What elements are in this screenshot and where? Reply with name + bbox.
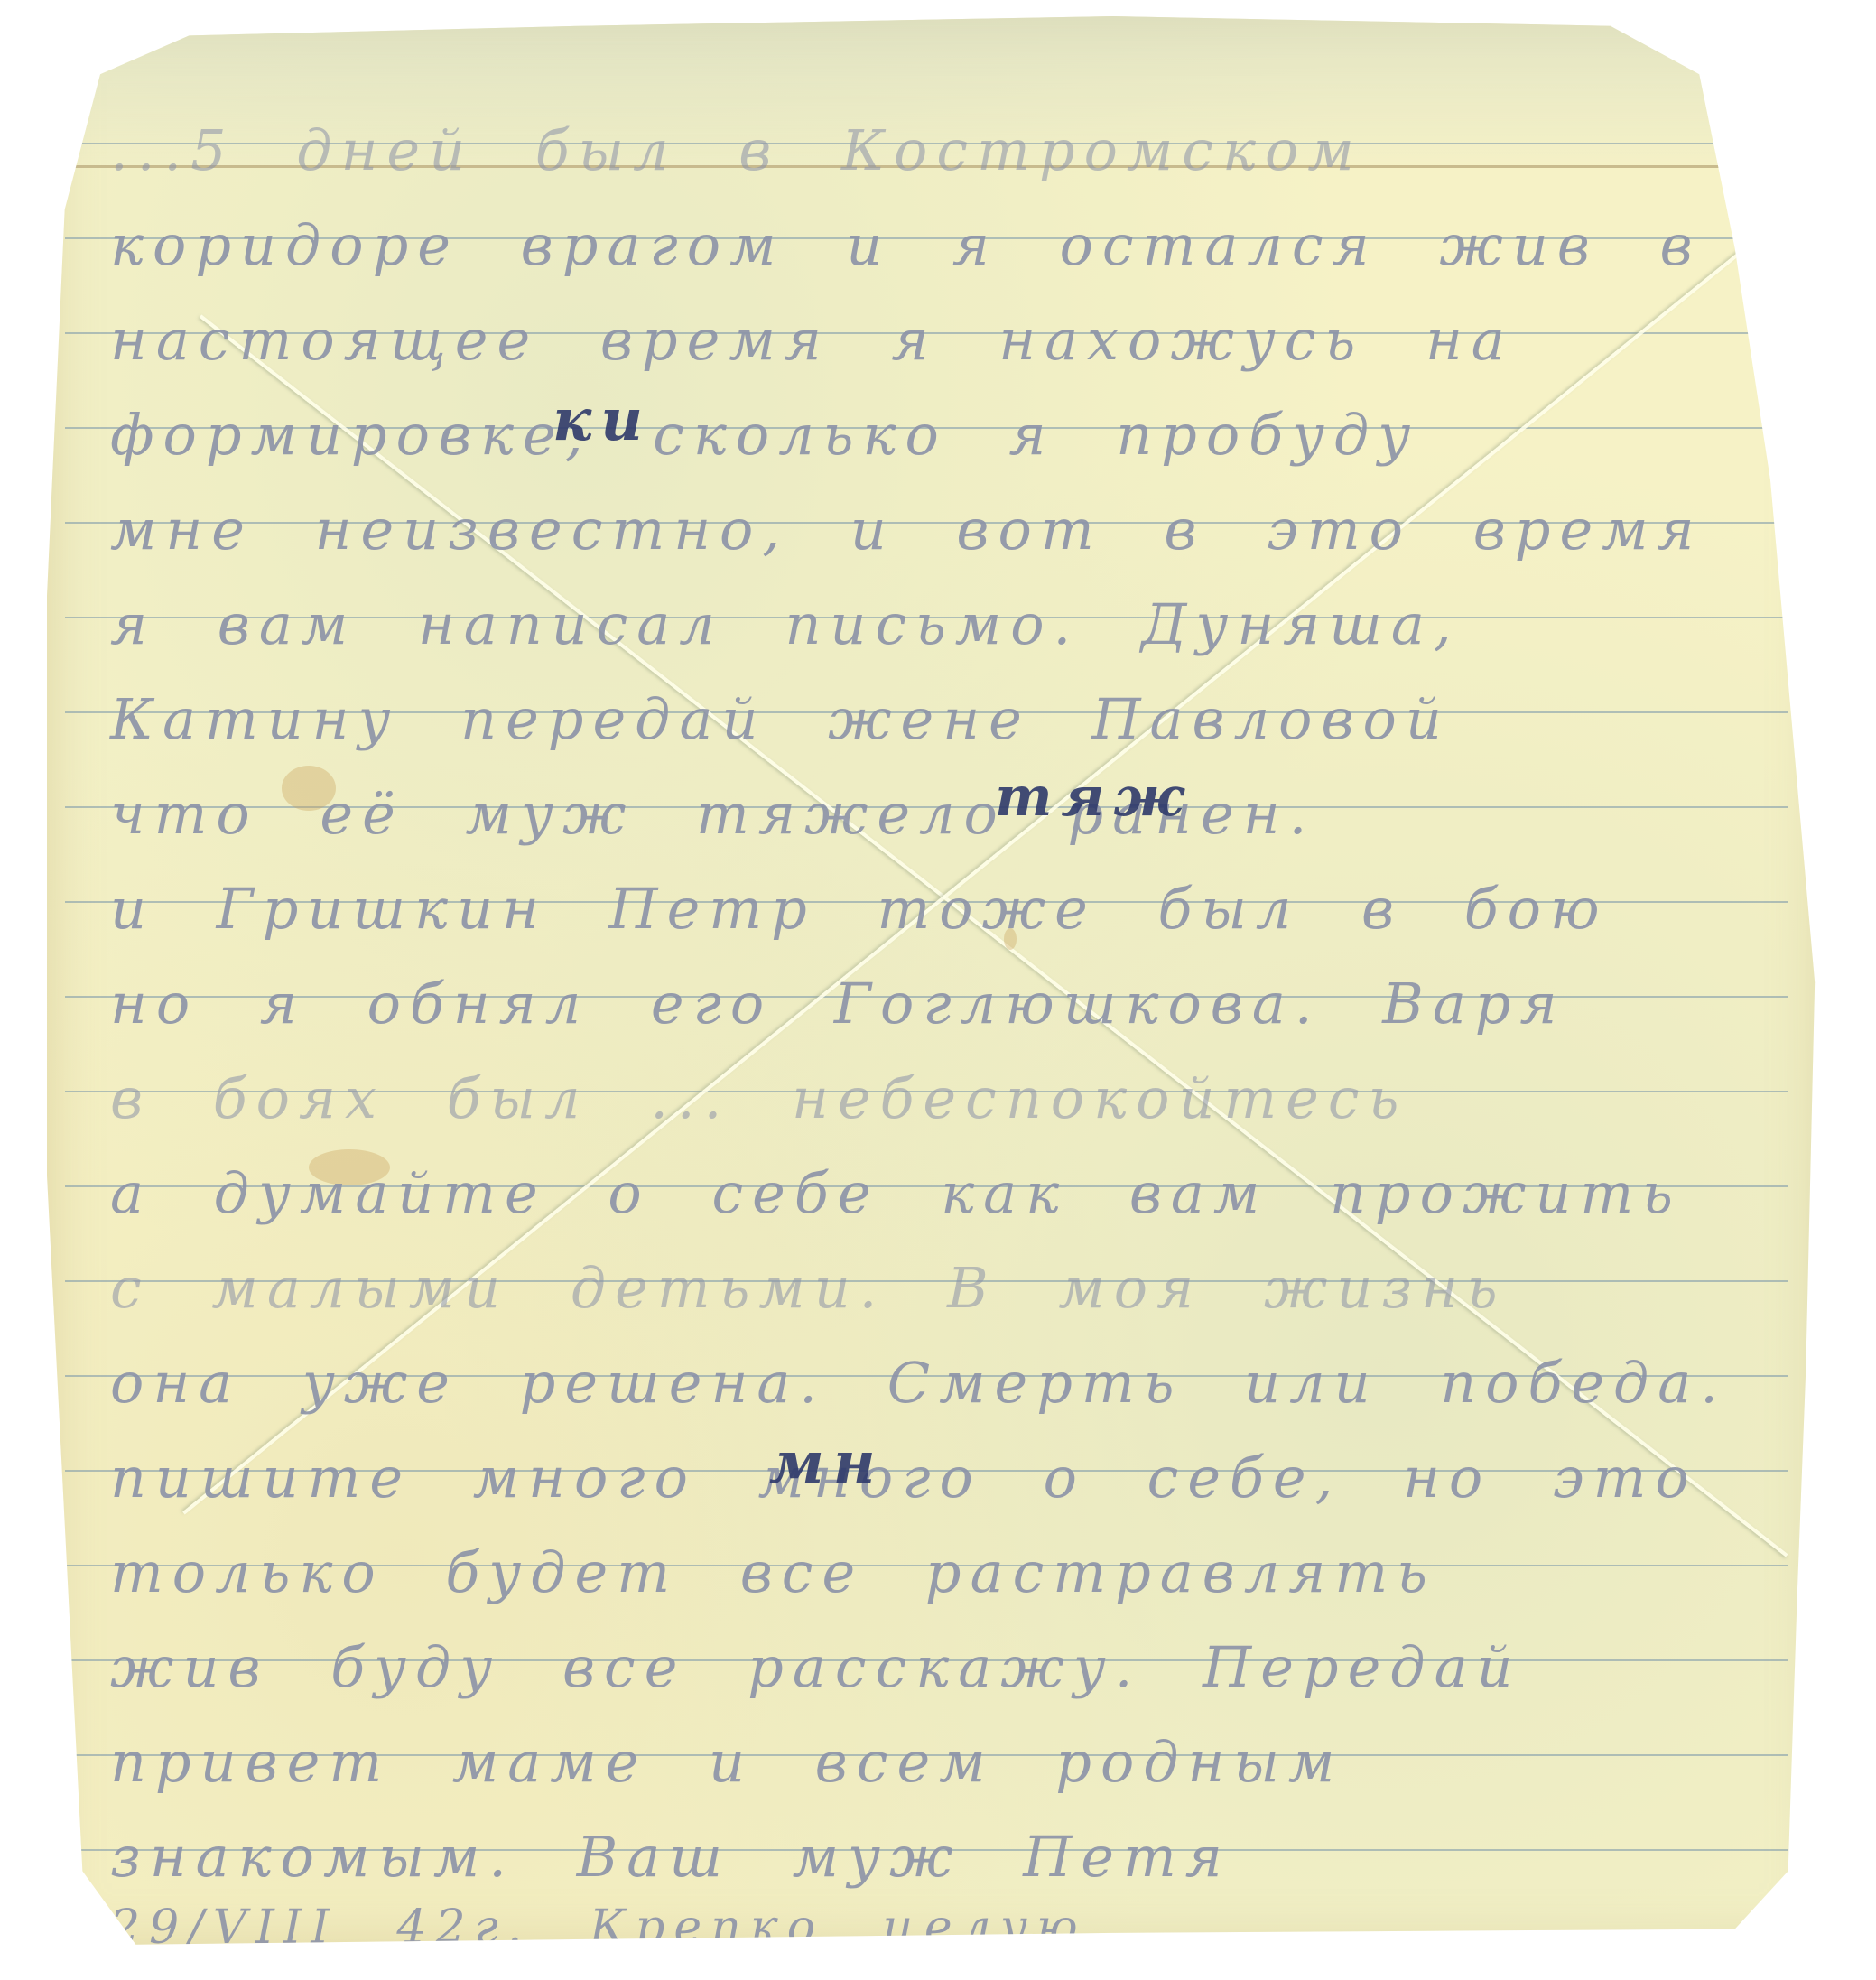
ink-overwrite: мн: [769, 1429, 885, 1511]
letter-line: привет маме и всем родным: [110, 1729, 1343, 1810]
letter-line: мне неизвестно, и вот в это время: [110, 497, 1704, 578]
letter-line: в боях был ... небеспокойтесь: [110, 1065, 1407, 1147]
letter-line: только будет все растравлять: [110, 1539, 1436, 1621]
letter-line-date: 29/VIII 42г. Крепко целую.: [110, 1901, 1110, 1980]
letter-line: жив буду все расскажу. Передай: [110, 1634, 1521, 1715]
letter-line: я вам написал письмо. Дуняша,: [110, 591, 1461, 673]
letter-line: коридоре врагом и я остался жив в: [110, 212, 1702, 293]
letter-line: пишите много много о себе, но это: [110, 1445, 1698, 1526]
letter-line: ...5 дней был в Костромском: [110, 117, 1363, 199]
letter-line-signature: знакомым. Ваш муж Петя: [110, 1824, 1231, 1905]
letter-line: настоящее время я нахожусь на: [110, 307, 1514, 388]
letter-line: она уже решена. Смерть или победа.: [110, 1350, 1727, 1431]
letter-sheet: ...5 дней был в Костромском коридоре вра…: [47, 16, 1824, 1948]
letter-line: и Гришкин Петр тоже был в бою: [110, 876, 1609, 957]
ink-overwrite: тяж: [995, 766, 1193, 847]
letter-line: а думайте о себе как вам прожить: [110, 1160, 1682, 1241]
letter-line: Катину передай жене Павловой: [110, 686, 1451, 767]
letter-line: но я обнял его Гоглюшкова. Варя: [110, 971, 1566, 1052]
letter-line: с малыми детьми. В моя жизнь: [110, 1255, 1507, 1336]
letter-line: формировке, сколько я пробуду: [110, 402, 1419, 483]
ink-overwrite: ки: [553, 386, 652, 468]
